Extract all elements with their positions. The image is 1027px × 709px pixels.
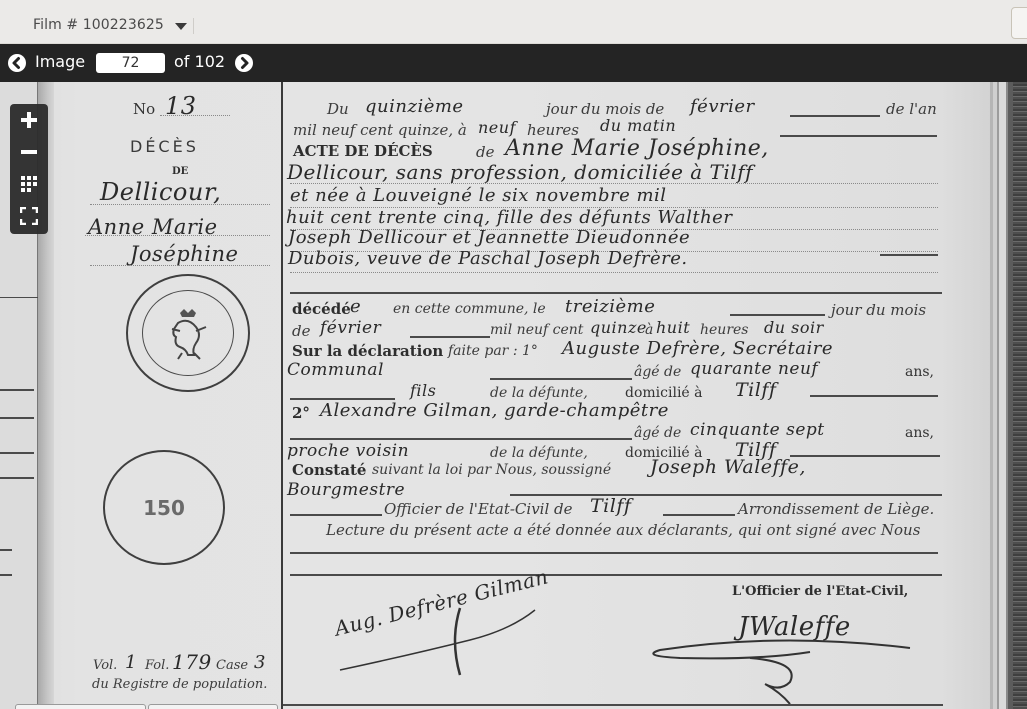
text-constate: Constaté	[292, 461, 366, 479]
fol-label: Fol.	[145, 658, 169, 673]
image-navigation-bar: Image of 102	[0, 44, 1027, 82]
registre-label: du Registre de population.	[92, 677, 267, 692]
hand-place-1: Tilff	[735, 379, 776, 401]
hand-line-5: et née à Louveigné le six novembre mil	[290, 185, 667, 206]
fol-value: 179	[172, 650, 212, 674]
case-value: 3	[254, 652, 266, 673]
officer-label: L'Officier de l'Etat-Civil,	[732, 584, 908, 599]
hand-death-year: quinze	[590, 318, 647, 337]
hand-line-6: huit cent trente cinq, fille des défunts…	[286, 207, 732, 228]
hand-death-day: treizième	[565, 296, 655, 317]
hand-declarant-2: Alexandre Gilman, garde-champêtre	[320, 400, 669, 421]
hand-e: e	[350, 296, 361, 317]
image-viewer[interactable]: No 13 DÉCÈS DE Dellicour, Anne Marie Jos…	[0, 82, 1027, 709]
stamp-value: 150	[143, 496, 185, 520]
text-arrondissement: Arrondissement de Liège.	[738, 500, 934, 518]
fullscreen-icon	[20, 207, 38, 225]
hand-month: février	[690, 96, 755, 117]
hand-declarant-1: Auguste Defrère, Secrétaire	[562, 338, 833, 359]
text-ans-2: ans,	[905, 425, 934, 441]
margin-name-given-2: Joséphine	[130, 242, 238, 266]
text-officier-de: Officier de l'Etat-Civil de	[384, 500, 573, 518]
text-mil-neuf-cent: mil neuf cent quinze, à	[293, 121, 467, 139]
hand-place-3: Tilff	[590, 495, 631, 517]
divider	[193, 18, 194, 34]
previous-image-button[interactable]	[8, 54, 26, 72]
film-number-label: Film # 100223625	[33, 17, 164, 33]
hand-age-2: cinquante sept	[690, 420, 825, 440]
hand-officer-name: Joseph Waleffe,	[650, 456, 806, 478]
hand-time: du matin	[600, 116, 676, 135]
grid-view-button[interactable]	[10, 168, 48, 200]
text-mil-neuf-cent-2: mil neuf cent	[490, 322, 583, 338]
hand-line-8: Dubois, veuve de Paschal Joseph Defrère.	[288, 248, 688, 269]
text-jour-du-mois: jour du mois	[831, 301, 926, 319]
zoom-out-button[interactable]	[10, 136, 48, 168]
record-number-label: No	[133, 100, 155, 118]
image-label: Image	[35, 52, 85, 71]
plus-icon	[20, 111, 38, 129]
caret-down-icon[interactable]	[175, 23, 187, 30]
text-du: Du	[327, 100, 349, 118]
vol-label: Vol.	[93, 658, 117, 673]
text-age-de-2: âgé de	[634, 425, 681, 441]
text-acte-de-deces: ACTE DE DÉCÈS	[293, 142, 433, 160]
zoom-controls	[10, 104, 48, 234]
text-de: de	[476, 143, 494, 161]
hand-fils: fils	[410, 381, 436, 400]
text-2: 2°	[292, 404, 310, 422]
bottom-tab-2[interactable]	[148, 704, 278, 709]
hand-age-1: quarante neuf	[690, 359, 818, 379]
text-de-la-defunte: de la défunte,	[490, 385, 588, 401]
vol-value: 1	[125, 652, 137, 673]
book-binding	[990, 82, 1027, 709]
hand-line-4: Dellicour, sans profession, domiciliée à…	[287, 160, 753, 184]
text-en-cette-commune: en cette commune, le	[393, 301, 546, 317]
deces-title: DÉCÈS	[130, 137, 199, 156]
text-sur-la-declaration: Sur la déclaration	[292, 342, 443, 360]
text-a: à	[645, 322, 653, 338]
chevron-right-icon	[235, 54, 253, 72]
hand-communal: Communal	[287, 360, 384, 380]
next-image-button[interactable]	[235, 54, 253, 72]
top-right-button[interactable]	[1011, 7, 1027, 39]
chevron-left-icon	[8, 54, 26, 72]
hand-death-hour: huit	[656, 318, 690, 337]
text-heures-2: heures	[700, 322, 748, 338]
text-faite-par: faite par : 1°	[448, 343, 538, 359]
signature-flourish-right	[640, 622, 920, 709]
text-domicilie-a: domicilié à	[625, 385, 703, 401]
top-header: Film # 100223625	[0, 0, 1027, 44]
zoom-in-button[interactable]	[10, 104, 48, 136]
document-page: No 13 DÉCÈS DE Dellicour, Anne Marie Jos…	[0, 82, 990, 709]
fullscreen-button[interactable]	[10, 200, 48, 232]
hand-hour: neuf	[478, 118, 516, 137]
hand-bourgmestre: Bourgmestre	[287, 480, 405, 500]
hand-proche-voisin: proche voisin	[287, 441, 409, 461]
hand-deceased-name: Anne Marie Joséphine,	[505, 136, 769, 161]
case-label: Case	[216, 658, 248, 673]
image-number-input[interactable]	[96, 53, 165, 73]
minus-icon	[20, 143, 38, 161]
timbre-dimension-stamp: 150	[103, 450, 225, 565]
image-total-label: of 102	[174, 52, 225, 71]
text-decede: décédé	[292, 300, 351, 318]
text-suivant-la-loi: suivant la loi par Nous, soussigné	[372, 462, 611, 478]
text-de-2: de	[292, 322, 310, 340]
grid-icon	[20, 175, 38, 193]
signature-flourish-left	[330, 600, 550, 680]
text-de-la-defunte-2: de la défunte,	[490, 445, 588, 461]
hand-line-7: Joseph Dellicour et Jeannette Dieudonnée	[288, 227, 690, 248]
text-de-lan: de l'an	[886, 100, 937, 118]
bottom-tab-1[interactable]	[15, 704, 146, 709]
text-lecture: Lecture du présent acte a été donnée aux…	[326, 521, 920, 539]
margin-name-surname: Dellicour,	[100, 178, 221, 206]
margin-divider	[281, 82, 283, 709]
de-label: DE	[172, 166, 188, 177]
hand-death-time: du soir	[764, 318, 824, 337]
hand-day: quinzième	[365, 96, 464, 117]
text-ans: ans,	[905, 364, 934, 380]
text-age-de: âgé de	[634, 364, 681, 380]
extraordinaire-stamp	[126, 274, 250, 392]
hand-death-month: février	[320, 318, 381, 338]
